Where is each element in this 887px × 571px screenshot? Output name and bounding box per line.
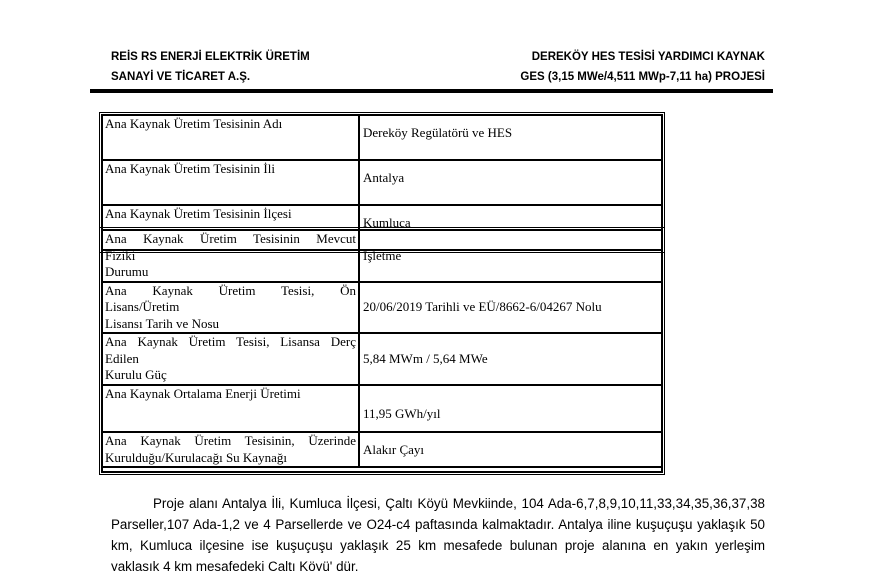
facility-details-table: Ana Kaynak Üretim Tesisinin Mevcut Fizik… [99,227,665,475]
row-label-line: Ana Kaynak Üretim Tesisinin, Üzerinde [105,433,356,450]
project-title-line1: DEREKÖY HES TESİSİ YARDIMCI KAYNAK [520,47,765,67]
row-value: 5,84 MWm / 5,64 MWe [359,333,662,385]
row-value: Alakır Çayı [359,432,662,467]
row-label-line: Kurulu Güç [105,367,356,384]
project-title-line2: GES (3,15 MWe/4,511 MWp-7,11 ha) PROJESİ [520,67,765,87]
row-label-line: Kurulduğu/Kurulacağı Su Kaynağı [105,450,356,467]
row-label-line: Fiziki [105,248,356,265]
row-label: Ana Kaynak Üretim Tesisinin İli [102,160,359,205]
row-label: Ana Kaynak Üretim Tesisi, Ön Lisans/Üret… [102,282,359,334]
row-label-line: Ana Kaynak Ortalama Enerji Üretimi [105,386,356,403]
project-location-paragraph: Proje alanı Antalya İli, Kumluca İlçesi,… [111,493,765,571]
company-name: REİS RS ENERJİ ELEKTRİK ÜRETİM SANAYİ VE… [111,47,310,87]
project-title: DEREKÖY HES TESİSİ YARDIMCI KAYNAK GES (… [520,47,765,87]
row-label: Ana Kaynak Üretim Tesisinin Adı [102,115,359,160]
row-value: İşletme [359,230,662,282]
table-spacer-row [102,467,662,472]
empty-cell [102,467,662,472]
row-label-line: Ana Kaynak Üretim Tesisinin Mevcut [105,231,356,248]
row-label: Ana Kaynak Üretim Tesisi, Lisansa Derç E… [102,333,359,385]
row-label-line: Lisansı Tarih ve Nosu [105,316,356,333]
table-row: Ana Kaynak Üretim Tesisi, Lisansa Derç E… [102,333,662,385]
company-name-line1: REİS RS ENERJİ ELEKTRİK ÜRETİM [111,47,310,67]
row-label: Ana Kaynak Üretim Tesisinin, Üzerinde Ku… [102,432,359,467]
row-label: Ana Kaynak Ortalama Enerji Üretimi [102,385,359,432]
row-label-line: Lisans/Üretim [105,299,356,316]
row-value: 20/06/2019 Tarihli ve EÜ/8662-6/04267 No… [359,282,662,334]
table-row: Ana Kaynak Ortalama Enerji Üretimi 11,95… [102,385,662,432]
row-value: Dereköy Regülatörü ve HES [359,115,662,160]
row-label-line: Ana Kaynak Üretim Tesisi, Lisansa Derç [105,334,356,351]
table-row: Ana Kaynak Üretim Tesisinin, Üzerinde Ku… [102,432,662,467]
header-rule [90,89,773,93]
table-row: Ana Kaynak Üretim Tesisinin Adı Dereköy … [102,115,662,160]
row-label-line: Durumu [105,264,356,281]
row-value: 11,95 GWh/yıl [359,385,662,432]
row-label-line: Edilen [105,351,356,368]
table-row: Ana Kaynak Üretim Tesisinin İli Antalya [102,160,662,205]
company-name-line2: SANAYİ VE TİCARET A.Ş. [111,67,310,87]
table-row: Ana Kaynak Üretim Tesisi, Ön Lisans/Üret… [102,282,662,334]
row-value: Antalya [359,160,662,205]
row-label: Ana Kaynak Üretim Tesisinin Mevcut Fizik… [102,230,359,282]
row-label-line: Ana Kaynak Üretim Tesisi, Ön [105,283,356,300]
table-row: Ana Kaynak Üretim Tesisinin Mevcut Fizik… [102,230,662,282]
